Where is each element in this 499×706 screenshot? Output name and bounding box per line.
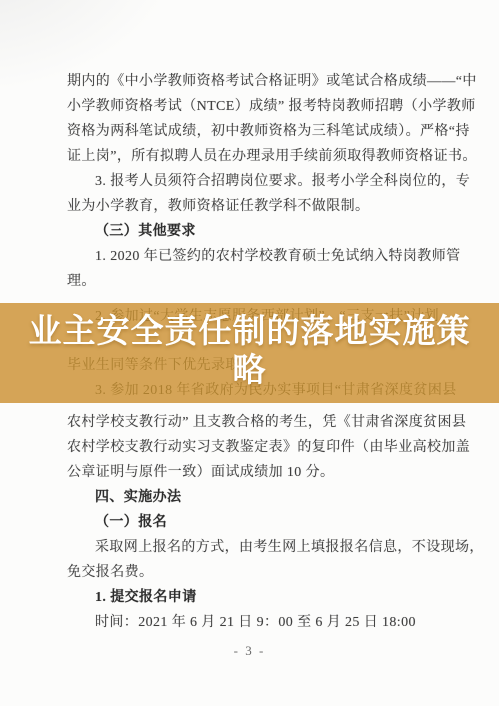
document-text-line: 农村学校支教行动” 且支教合格的考生，凭《甘肃省深度贫困县: [67, 410, 459, 435]
document-text-line: 资格为两科笔试成绩，初中教师资格为三科笔试成绩）。严格“持: [67, 119, 459, 144]
document-text-line: 农村学校支教行动实习支教鉴定表》的复印件（由毕业高校加盖: [67, 435, 459, 460]
document-text-line: （一）报名: [67, 510, 459, 535]
document-text-line: 期内的《中小学教师资格考试合格证明》或笔试合格成绩——“中: [67, 69, 459, 94]
overlay-title-line-1: 业主安全责任制的落地实施策: [0, 311, 499, 350]
document-page: 期内的《中小学教师资格考试合格证明》或笔试合格成绩——“中小学教师资格考试（NT…: [0, 0, 499, 706]
overlay-title: 业主安全责任制的落地实施策 略: [0, 311, 499, 389]
document-upper-section: 期内的《中小学教师资格考试合格证明》或笔试合格成绩——“中小学教师资格考试（NT…: [0, 0, 499, 294]
document-text-line: 证上岗”，所有拟聘人员在办理录用手续前须取得教师资格证书。: [67, 144, 459, 169]
document-text-line: 四、实施办法: [67, 485, 459, 510]
document-text-line: （三）其他要求: [67, 219, 459, 244]
document-text-line: 业为小学教育，教师资格证任教学科不做限制。: [67, 194, 459, 219]
document-lower-section: 农村学校支教行动” 且支教合格的考生，凭《甘肃省深度贫困县农村学校支教行动实习支…: [0, 403, 499, 635]
document-text-line: 时间：2021 年 6 月 21 日 9：00 至 6 月 25 日 18:00: [67, 610, 459, 635]
document-text-line: 理。: [67, 269, 459, 294]
overlay-title-line-2: 略: [0, 350, 499, 389]
document-text-line: 免交报名费。: [67, 560, 459, 585]
title-banner-overlay: 2. 参加过“大学生志愿服务西部计划”、“三支一扶”计划毕业生同等条件下优先录取…: [0, 303, 499, 403]
document-text-line: 1. 提交报名申请: [67, 585, 459, 610]
document-text-line: 1. 2020 年已签约的农村学校教育硕士免试纳入特岗教师管: [67, 244, 459, 269]
document-text-line: 采取网上报名的方式，由考生网上填报报名信息，不设现场，: [67, 535, 459, 560]
document-text-line: 公章证明与原件一致）面试成绩加 10 分。: [67, 460, 459, 485]
document-text-line: 小学教师资格考试（NTCE）成绩” 报考特岗教师招聘（小学教师: [67, 94, 459, 119]
page-number: - 3 -: [0, 643, 499, 659]
document-text-line: 3. 报考人员须符合招聘岗位要求。报考小学全科岗位的，专: [67, 169, 459, 194]
